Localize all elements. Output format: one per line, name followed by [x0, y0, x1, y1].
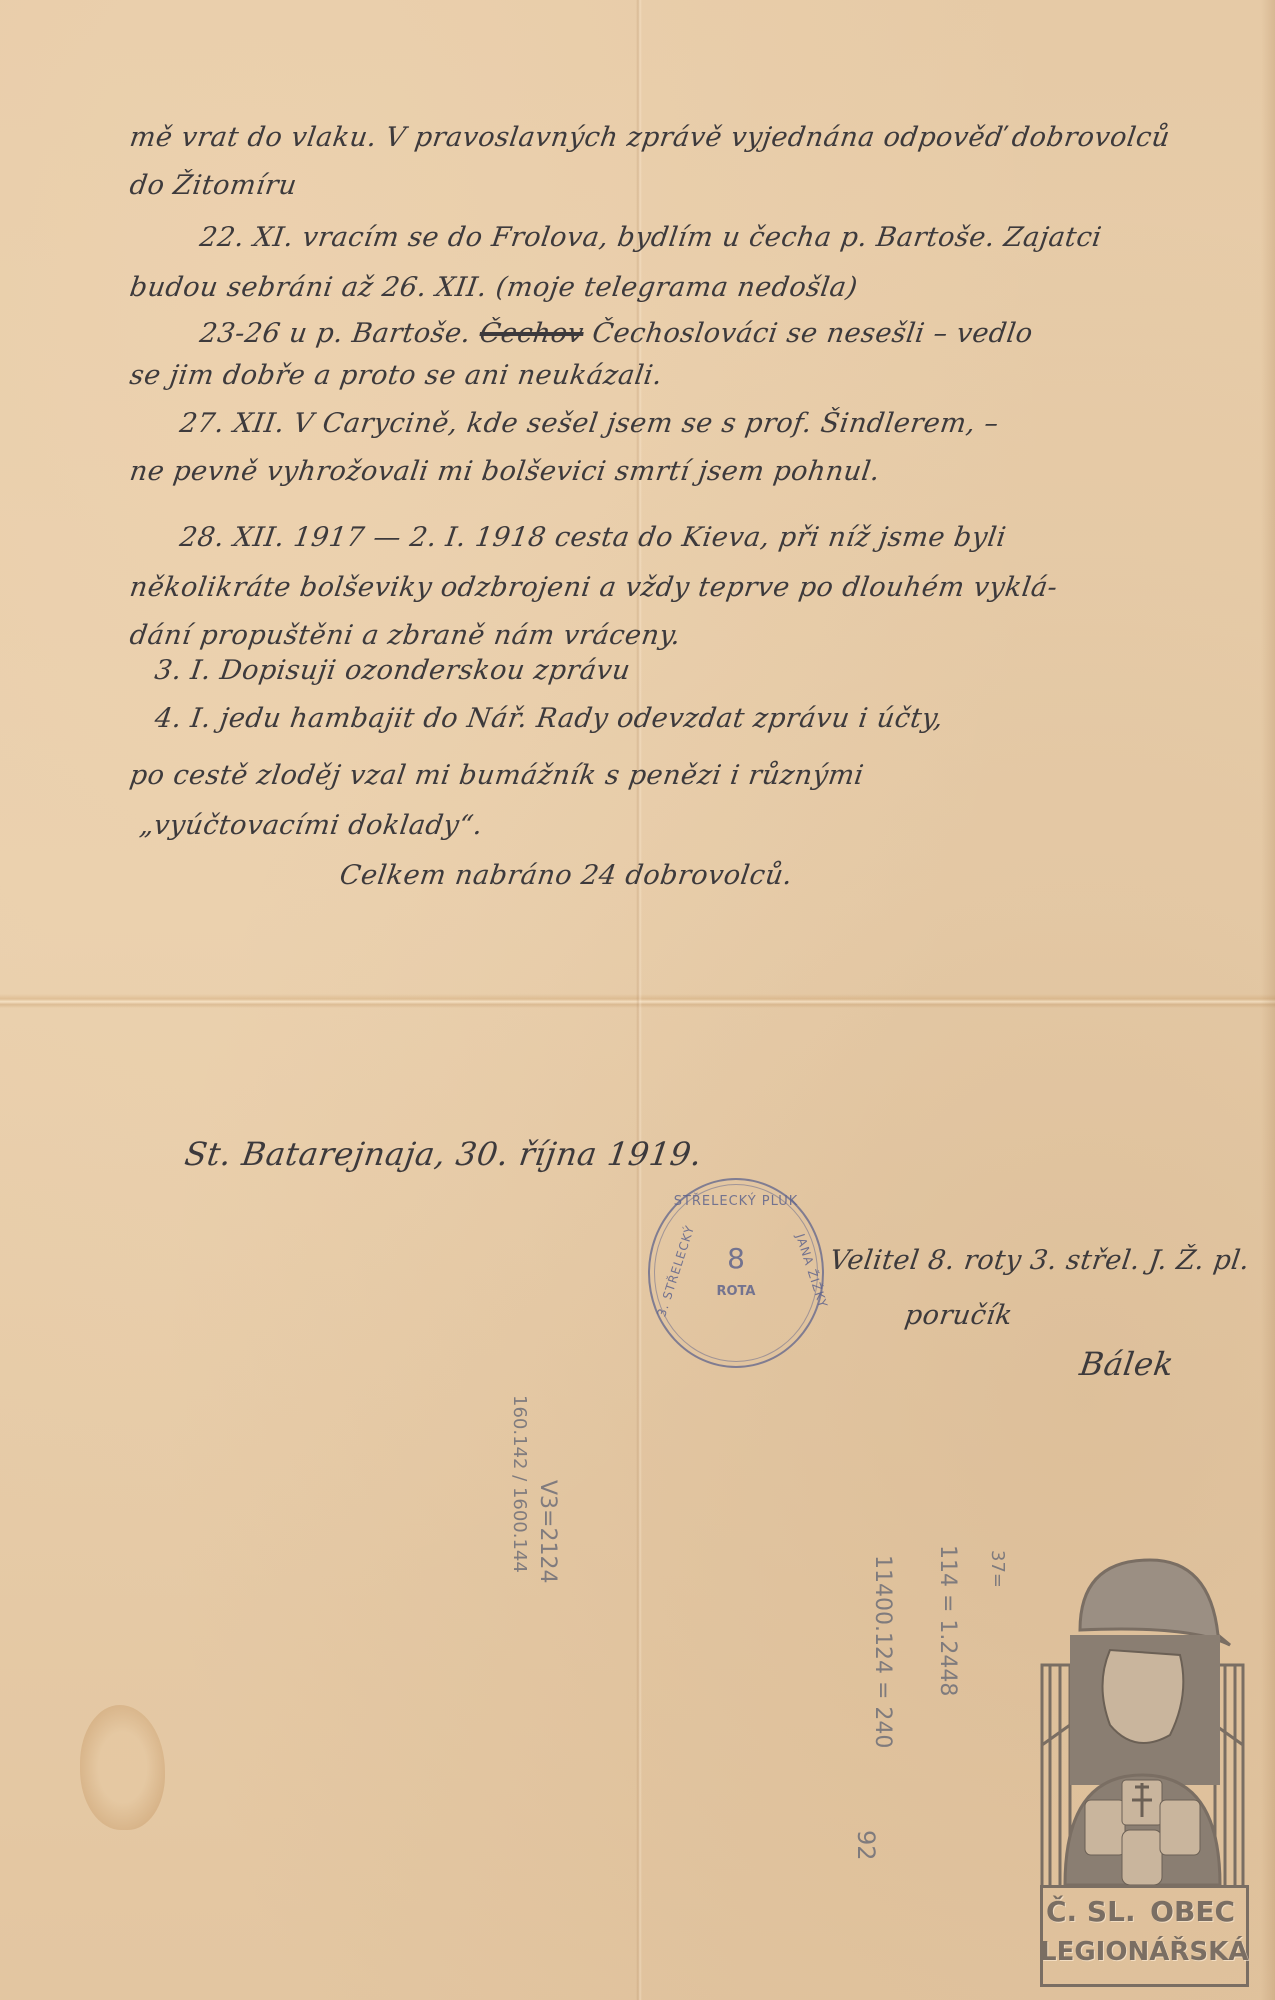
pencil-note-e: 92	[852, 1830, 880, 1861]
pencil-note-f: 37=	[987, 1550, 1008, 1588]
text-line-5-prefix: 23-26 u p. Bartoše.	[198, 318, 482, 349]
text-line-5: 23-26 u p. Bartoše. Čechov Čechoslováci …	[198, 318, 1035, 349]
pencil-note-b: 160.142 / 1600.144	[509, 1395, 530, 1573]
text-line-3: 22. XI. vracím se do Frolova, bydlím u č…	[198, 222, 1104, 253]
text-line-14: po cestě zloděj vzal mi bumážník s peněz…	[128, 760, 866, 791]
signature-title: Velitel 8. roty 3. střel. J. Ž. pl.	[828, 1245, 1252, 1276]
document-page: mě vrat do vlaku. V pravoslavných zprávě…	[0, 0, 1275, 2000]
stamp-number: 8	[650, 1242, 822, 1275]
pencil-note-a: V3=2124	[535, 1480, 560, 1583]
struck-word: Čechov	[478, 318, 586, 349]
regiment-stamp: STŘELECKÝ PLUK 3. STŘELECKÝ JANA ŽIŽKY 8…	[648, 1178, 824, 1368]
paper-edge	[1261, 0, 1275, 2000]
legion-watermark-logo: Č. SL. OBEC LEGIONÁŘSKÁ	[1040, 1555, 1245, 1985]
text-line-8: ne pevně vyhrožovali mi bolševici smrtí …	[128, 456, 882, 487]
text-line-11: dání propuštěni a zbraně nám vráceny.	[128, 620, 683, 651]
stamp-top-text: STŘELECKÝ PLUK	[650, 1194, 822, 1209]
text-line-12: 3. I. Dopisuji ozonderskou zprávu	[153, 655, 633, 686]
pencil-note-c: 114 = 1.2448	[935, 1545, 960, 1696]
legionnaire-emblem-icon	[1040, 1555, 1245, 1885]
text-line-10: několikráte bolševiky odzbrojeni a vždy …	[128, 572, 1060, 603]
text-line-13: 4. I. jedu hambajit do Nář. Rady odevzda…	[153, 703, 946, 734]
logo-text-line1-right: OBEC	[1040, 1895, 1245, 1928]
text-line-6: se jim dobře a proto se ani neukázali.	[128, 360, 665, 391]
pencil-note-d: 11400.124 = 240	[870, 1555, 895, 1748]
text-line-15: „vyúčtovacími doklady“.	[138, 810, 485, 841]
text-line-7: 27. XII. V Carycině, kde sešel jsem se s…	[178, 408, 1001, 439]
water-stain	[80, 1705, 165, 1830]
text-line-2: do Žitomíru	[128, 170, 299, 201]
text-line-4: budou sebráni až 26. XII. (moje telegram…	[128, 272, 860, 303]
stamp-unit: ROTA	[650, 1284, 822, 1299]
signature-name: Bálek	[1077, 1345, 1176, 1383]
text-line-1: mě vrat do vlaku. V pravoslavných zprávě…	[128, 122, 1172, 153]
signature-rank: poručík	[903, 1300, 1015, 1331]
place-date: St. Batarejnaja, 30. října 1919.	[182, 1135, 704, 1173]
text-line-9: 28. XII. 1917 — 2. I. 1918 cesta do Kiev…	[178, 522, 1008, 553]
logo-text-line2: LEGIONÁŘSKÁ	[1040, 1937, 1245, 1967]
total-volunteers-line: Celkem nabráno 24 dobrovolců.	[338, 860, 795, 891]
